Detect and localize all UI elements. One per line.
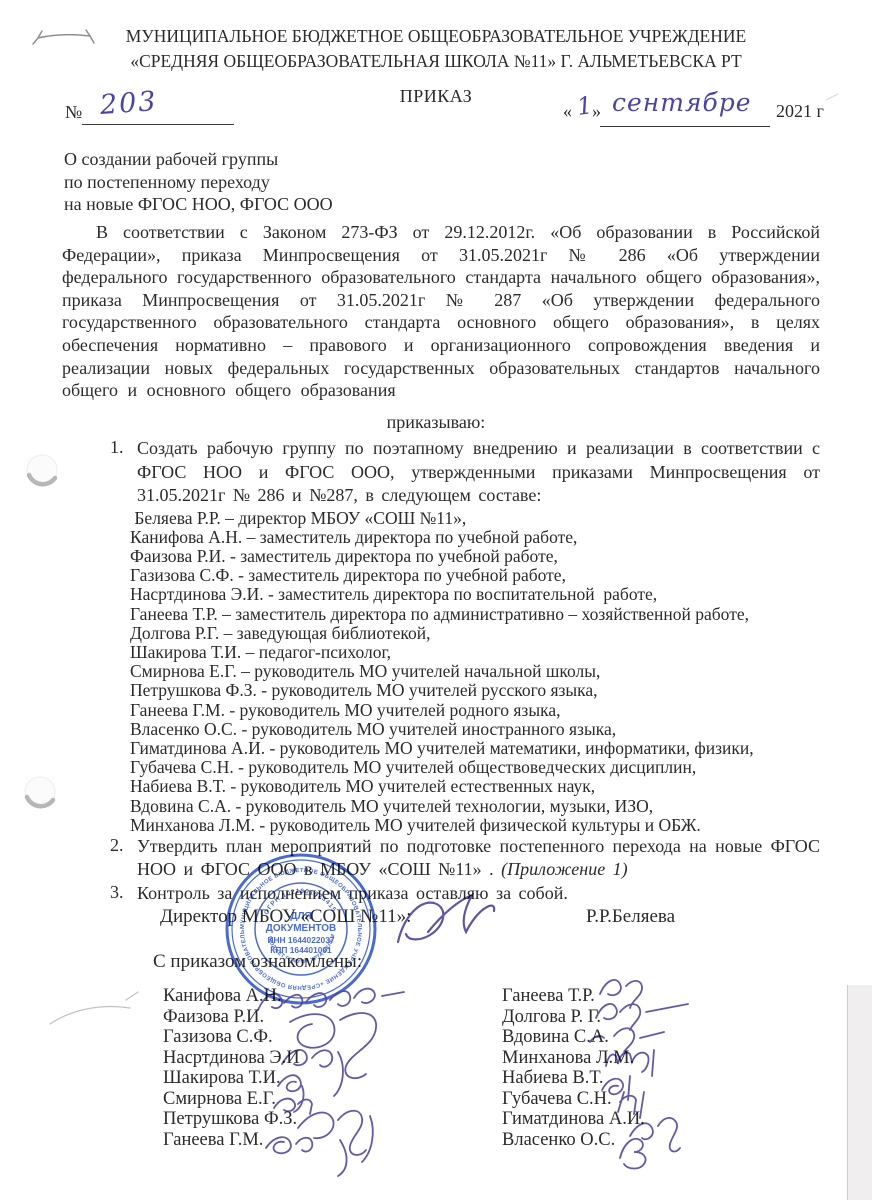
member-line: Долгова Р.Г. – заведующая библиотекой, (130, 624, 820, 643)
member-line: Фаизова Р.И. - заместитель директора по … (130, 547, 820, 566)
signature-column-right: Ганеева Т.Р.Долгова Р. Г.Вдовина С.А.Мин… (502, 986, 722, 1150)
signature-row-name: Петрушкова Ф.З. (163, 1109, 383, 1130)
order-number-value: 203 (99, 86, 159, 121)
signature-row-name: Набиева В.Т. (502, 1068, 722, 1089)
member-line: Вдовина С.А. - руководитель МО учителей … (130, 797, 820, 816)
director-name: Р.Р.Беляева (586, 906, 675, 928)
date-underline (600, 126, 770, 127)
director-label: Директор МБОУ «СОШ №11»: (160, 906, 411, 928)
member-line: Минханова Л.М. - руководитель МО учителе… (130, 816, 820, 835)
member-line: Смирнова Е.Г. – руководитель МО учителей… (130, 662, 820, 681)
org-name: МУНИЦИПАЛЬНОЕ БЮДЖЕТНОЕ ОБЩЕОБРАЗОВАТЕЛЬ… (60, 24, 812, 74)
list-item-3-number: 3. (110, 882, 124, 903)
working-group-members: Беляева Р.Р. – директор МБОУ «СОШ №11»,К… (130, 509, 820, 835)
preamble-paragraph: В соответствии с Законом 273-ФЗ от 29.12… (62, 221, 820, 402)
appendix-reference: (Приложение 1) (501, 859, 628, 879)
signature-row-name: Вдовина С.А. (502, 1027, 722, 1048)
signature-row-name: Насртдинова Э.И (163, 1048, 383, 1069)
punch-hole-top (27, 455, 57, 485)
signature-row-name: Губачева С.Н. (502, 1089, 722, 1110)
org-name-line2: «СРЕДНЯЯ ОБЩЕОБРАЗОВАТЕЛЬНАЯ ШКОЛА №11» … (60, 49, 812, 74)
stamp-inn: ИНН 1644022037 (267, 935, 334, 945)
order-list: 1. Создать рабочую группу по поэтапному … (62, 437, 820, 905)
punch-hole-bottom (25, 777, 55, 807)
list-item-1: 1. Создать рабочую группу по поэтапному … (62, 437, 820, 835)
member-line: Газизова С.Ф. - заместитель директора по… (130, 566, 820, 585)
signature-row-name: Гиматдинова А.И. (502, 1109, 722, 1130)
member-line: Ганеева Г.М. - руководитель МО учителей … (130, 701, 820, 720)
order-number-label: № (65, 102, 82, 123)
order-number-underline (82, 124, 234, 125)
member-line: Петрушкова Ф.З. - руководитель МО учител… (130, 681, 820, 700)
list-item-1-number: 1. (110, 437, 124, 458)
list-item-2-number: 2. (110, 835, 124, 856)
list-item-1-text: Создать рабочую группу по поэтапному вне… (137, 437, 820, 508)
list-item-2: 2. Утвердить план мероприятий по подгото… (62, 835, 820, 882)
order-verb: приказываю: (0, 412, 872, 433)
date-open-quote: « (563, 101, 572, 122)
member-line: Ганеева Т.Р. – заместитель директора по … (130, 605, 820, 624)
member-line: Канифова А.Н. – заместитель директора по… (130, 528, 820, 547)
signature-row-name: Власенко О.С. (502, 1130, 722, 1151)
org-name-line1: МУНИЦИПАЛЬНОЕ БЮДЖЕТНОЕ ОБЩЕОБРАЗОВАТЕЛЬ… (60, 24, 812, 49)
member-line: Беляева Р.Р. – директор МБОУ «СОШ №11», (130, 509, 820, 528)
acknowledged-heading: С приказом ознакомлены: (153, 951, 362, 973)
date-year: 2021 г (776, 101, 824, 122)
signature-row-name: Минханова Л.М. (502, 1048, 722, 1069)
subject-line2: по постепенному переходу (64, 171, 484, 194)
list-item-3: 3. Контроль за исполнением приказа остав… (62, 882, 820, 906)
member-line: Гиматдинова А.И. - руководитель МО учите… (130, 739, 820, 758)
member-line: Набиева В.Т. - руководитель МО учителей … (130, 777, 820, 796)
member-line: Губачева С.Н. - руководитель МО учителей… (130, 758, 820, 777)
list-item-2-text: Утвердить план мероприятий по подготовке… (137, 835, 820, 882)
date-close-quote: » (592, 101, 601, 122)
subject-line1: О создании рабочей группы (64, 148, 484, 171)
signature-row-name: Ганеева Т.Р. (502, 986, 722, 1007)
list-item-2-body: Утвердить план мероприятий по подготовке… (137, 836, 820, 880)
member-line: Шакирова Т.И. – педагог-психолог, (130, 643, 820, 662)
document-page: МУНИЦИПАЛЬНОЕ БЮДЖЕТНОЕ ОБЩЕОБРАЗОВАТЕЛЬ… (0, 0, 872, 1200)
subject-line3: на новые ФГОС НОО, ФГОС ООО (64, 193, 484, 216)
signature-row-name: Ганеева Г.М. (163, 1130, 383, 1151)
page-edge-shadow (847, 985, 872, 1200)
date-month-value: сентябре (612, 88, 752, 117)
signature-row-name: Газизова С.Ф. (163, 1027, 383, 1048)
member-line: Насртдинова Э.И. - заместитель директора… (130, 585, 820, 604)
signature-row-name: Шакирова Т.И. (163, 1068, 383, 1089)
signature-row-name: Смирнова Е.Г. (163, 1089, 383, 1110)
signature-row-name: Фаизова Р.И. (163, 1007, 383, 1028)
member-line: Власенко О.С. - руководитель МО учителей… (130, 720, 820, 739)
signature-row-name: Канифова А.Н. (163, 986, 383, 1007)
list-item-3-text: Контроль за исполнением приказа оставляю… (137, 882, 820, 906)
subject-block: О создании рабочей группы по постепенном… (64, 148, 484, 216)
signature-column-left: Канифова А.Н.Фаизова Р.И.Газизова С.Ф.На… (163, 986, 383, 1150)
signature-row-name: Долгова Р. Г. (502, 1007, 722, 1028)
